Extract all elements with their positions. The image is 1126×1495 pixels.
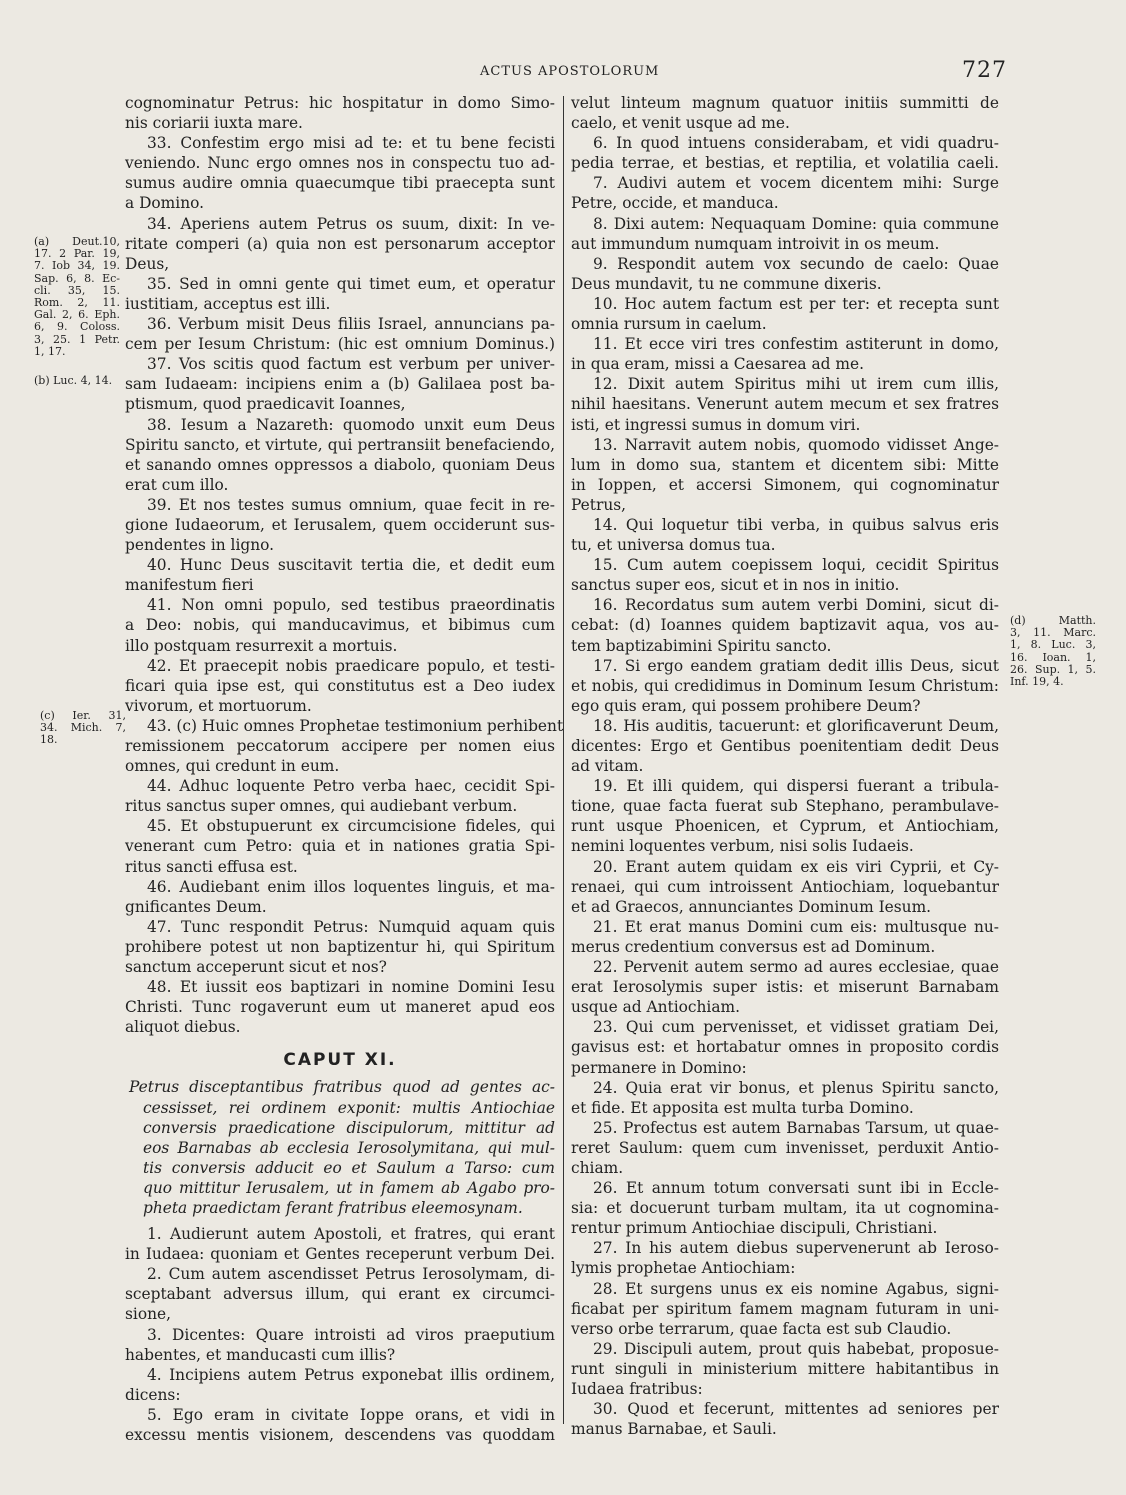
text-line: manus Barnabae, et Sauli. [571,1419,999,1439]
text-line: Deus, [125,254,555,274]
text-line: 35. Sed in omni gente qui timet eum, et … [125,274,555,294]
margin-note-a: (a) Deut.10,17. 2 Par. 19,7. Iob 34, 19.… [34,236,120,358]
text-line: dicentes: Ergo et Gentibus poenitentiam … [571,736,999,756]
text-line: omnes, qui credunt in eum. [125,756,555,776]
text-line: Petrus, [571,495,999,515]
text-line: 24. Quia erat vir bonus, et plenus Spiri… [571,1078,999,1098]
text-line: 23. Qui cum pervenisset, et vidisset gra… [571,1017,999,1037]
text-line: ritate comperi (a) quia non est personar… [125,234,555,254]
text-line: ad vitam. [571,756,999,776]
text-line: erat Ierosolymis super istis: et miserun… [571,977,999,997]
text-line: renaei, qui cum introissent Antiochiam, … [571,877,999,897]
text-line: 43. (c) Huic omnes Prophetae testimonium… [125,716,555,736]
text-line: erat cum illo. [125,475,555,495]
text-line: omnia rursum in caelum. [571,314,999,334]
text-line: in qua eram, missi a Caesarea ad me. [571,354,999,374]
text-line: 29. Discipuli autem, prout quis habebat,… [571,1339,999,1359]
margin-note-line: 7. Iob 34, 19. [34,260,120,272]
text-line: prohibere potest ut non baptizentur hi, … [125,937,555,957]
text-line: Spiritu sancto, et virtute, qui pertrans… [125,435,555,455]
margin-note-line: (b) Luc. 4, 14. [34,375,120,387]
text-line: eos Barnabas ab ecclesia Ierosolymitana,… [125,1138,555,1158]
text-line: 44. Adhuc loquente Petro verba haec, cec… [125,776,555,796]
text-line: 21. Et erat manus Domini cum eis: multus… [571,917,999,937]
text-line: 25. Profectus est autem Barnabas Tarsum,… [571,1118,999,1138]
text-line: chiam. [571,1158,999,1178]
text-line: Petre, occide, et manduca. [571,193,999,213]
margin-note-d: (d) Matth.3, 11. Marc.1, 8. Luc. 3,16. I… [1010,615,1096,688]
text-line: nihil haesitans. Venerunt autem mecum et… [571,394,999,414]
text-line: tem baptizabimini Spiritu sancto. [571,636,999,656]
text-line: gavisus est: et hortabatur omnes in prop… [571,1037,999,1057]
text-line: 5. Ego eram in civitate Ioppe orans, et … [125,1405,555,1425]
text-line: 13. Narravit autem nobis, quomodo vidiss… [571,435,999,455]
text-line: cebat: (d) Ioannes quidem baptizavit aqu… [571,615,999,635]
text-line: manifestum fieri [125,575,555,595]
text-line: 47. Tunc respondit Petrus: Numquid aquam… [125,917,555,937]
text-line: 28. Et surgens unus ex eis nomine Agabus… [571,1279,999,1299]
text-line: 45. Et obstupuerunt ex circumcisione fid… [125,816,555,836]
text-line: 17. Si ergo eandem gratiam dedit illis D… [571,656,999,676]
text-line: Petrus disceptantibus fratribus quod ad … [125,1077,555,1097]
text-line: gione Iudaeorum, et Ierusalem, quem occi… [125,515,555,535]
text-line: remissionem peccatorum accipere per nome… [125,736,555,756]
text-line: dicens: [125,1385,555,1405]
text-line: 1. Audierunt autem Apostoli, et fratres,… [125,1224,555,1244]
text-line: sanctum acceperunt sicut et nos? [125,957,555,977]
text-line: ficari quia ipse est, qui constitutus es… [125,676,555,696]
text-line: 10. Hoc autem factum est per ter: et rec… [571,294,999,314]
text-line: 3. Dicentes: Quare introisti ad viros pr… [125,1325,555,1345]
text-line: ritus sanctus super omnes, qui audiebant… [125,796,555,816]
text-line: 33. Confestim ergo misi ad te: et tu ben… [125,133,555,153]
margin-note-line: Inf. 19, 4. [1010,676,1096,688]
text-line: aut immundum numquam introivit in os meu… [571,234,999,254]
text-line: in Iudaea: quoniam et Gentes receperunt … [125,1244,555,1264]
text-line: et fide. Et apposita est multa turba Dom… [571,1098,999,1118]
text-line: 48. Et iussit eos baptizari in nomine Do… [125,977,555,997]
left-column-text-acts-11: 1. Audierunt autem Apostoli, et fratres,… [125,1224,555,1445]
text-line: permanere in Domino: [571,1058,999,1078]
text-line: 8. Dixi autem: Nequaquam Domine: quia co… [571,214,999,234]
text-line: pheta praedictam ferant fratribus eleemo… [125,1198,555,1218]
text-line: nemini loquentes verbum, nisi solis Iuda… [571,836,999,856]
margin-note-line: 1, 17. [34,346,120,358]
text-line: rentur primum Antiochiae discipuli, Chri… [571,1218,999,1238]
text-line: sanctus super eos, sicut et in nos in in… [571,575,999,595]
text-line: veniendo. Nunc ergo omnes nos in conspec… [125,153,555,173]
text-line: aliquot diebus. [125,1017,555,1037]
text-line: usque ad Antiochiam. [571,997,999,1017]
text-line: ficabat per spiritum famem magnam futura… [571,1299,999,1319]
text-line: 2. Cum autem ascendisset Petrus Ierosoly… [125,1264,555,1284]
text-line: in Ioppen, et accersi Simonem, qui cogno… [571,475,999,495]
text-line: 14. Qui loquetur tibi verba, in quibus s… [571,515,999,535]
text-line: 39. Et nos testes sumus omnium, quae fec… [125,495,555,515]
text-line: venerant cum Petro: quia et in nationes … [125,836,555,856]
margin-note-b: (b) Luc. 4, 14. [34,375,120,387]
text-line: cessisset, rei ordinem exponit: multis A… [125,1098,555,1118]
text-line: Iudaea fratribus: [571,1379,999,1399]
text-line: tis conversis adducit eo et Saulum a Tar… [125,1158,555,1178]
margin-note-line: Sap. 6, 8. Ec- [34,273,120,285]
text-line: pedia terrae, et bestias, et reptilia, e… [571,153,999,173]
text-line: 26. Et annum totum conversati sunt ibi i… [571,1178,999,1198]
text-line: gnificantes Deum. [125,897,555,917]
left-column: cognominatur Petrus: hic hospitatur in d… [125,93,555,1445]
text-line: 18. His auditis, tacuerunt: et glorifica… [571,716,999,736]
text-line: a Deo: nobis, qui manducavimus, et bibim… [125,615,555,635]
text-line: ptismum, quod praedicavit Ioannes, [125,394,555,414]
text-line: quo mittitur Ierusalem, ut in famem ab A… [125,1178,555,1198]
text-line: pendentes in ligno. [125,535,555,555]
text-line: 42. Et praecepit nobis praedicare populo… [125,656,555,676]
text-line: 12. Dixit autem Spiritus mihi ut irem cu… [571,374,999,394]
text-line: 41. Non omni populo, sed testibus praeor… [125,595,555,615]
text-line: 36. Verbum misit Deus filiis Israel, ann… [125,314,555,334]
text-line: 6. In quod intuens considerabam, et vidi… [571,133,999,153]
margin-note-line: 6, 9. Coloss. [34,321,120,333]
text-line: velut linteum magnum quatuor initiis sum… [571,93,999,113]
page-number: 727 [962,58,1007,83]
text-line: isti, et ingressi sumus in domum viri. [571,415,999,435]
left-column-text-acts-10: cognominatur Petrus: hic hospitatur in d… [125,93,555,1037]
text-line: sia: et docuerunt turbam multam, ita ut … [571,1198,999,1218]
text-line: a Domino. [125,193,555,213]
text-line: Deus mundavit, tu ne commune dixeris. [571,274,999,294]
text-line: reret Saulum: quem cum invenisset, perdu… [571,1138,999,1158]
text-line: 19. Et illi quidem, qui dispersi fuerant… [571,776,999,796]
text-line: 7. Audivi autem et vocem dicentem mihi: … [571,173,999,193]
text-line: sumus audire omnia quaecumque tibi praec… [125,173,555,193]
text-line: iustitiam, acceptus est illi. [125,294,555,314]
text-line: runt usque Phoenicen, et Cyprum, et Anti… [571,816,999,836]
text-line: merus credentium conversus est ad Dominu… [571,937,999,957]
text-line: cem per Iesum Christum: (hic est omnium … [125,334,555,354]
margin-note-line: 18. [40,734,126,746]
text-line: sceptabant adversus illum, qui erant ex … [125,1284,555,1304]
text-line: verso orbe terrarum, quae facta est sub … [571,1319,999,1339]
text-line: sione, [125,1304,555,1324]
text-line: cognominatur Petrus: hic hospitatur in d… [125,93,555,113]
chapter-heading: CAPUT XI. [125,1043,555,1073]
text-line: et sanando omnes oppressos a diabolo, qu… [125,455,555,475]
text-line: vivorum, et mortuorum. [125,696,555,716]
text-line: sam Iudaeam: incipiens enim a (b) Galila… [125,374,555,394]
chapter-summary: Petrus disceptantibus fratribus quod ad … [125,1077,555,1218]
column-divider [563,96,564,1424]
text-line: 15. Cum autem coepissem loqui, cecidit S… [571,555,999,575]
text-line: 38. Iesum a Nazareth: quomodo unxit eum … [125,415,555,435]
text-line: et nobis, qui credidimus in Dominum Iesu… [571,676,999,696]
text-line: habentes, et manducasti cum illis? [125,1345,555,1365]
text-line: nis coriarii iuxta mare. [125,113,555,133]
right-column: velut linteum magnum quatuor initiis sum… [571,93,999,1439]
margin-note-line: 1, 8. Luc. 3, [1010,639,1096,651]
text-line: 30. Quod et fecerunt, mittentes ad senio… [571,1399,999,1419]
text-line: 11. Et ecce viri tres confestim astiteru… [571,334,999,354]
text-line: 9. Respondit autem vox secundo de caelo:… [571,254,999,274]
text-line: 46. Audiebant enim illos loquentes lingu… [125,877,555,897]
text-line: Christi. Tunc rogaverunt eum ut maneret … [125,997,555,1017]
margin-note-line: 3, 25. 1 Petr. [34,334,120,346]
text-line: 27. In his autem diebus supervenerunt ab… [571,1238,999,1258]
text-line: ego quis eram, qui possem prohibere Deum… [571,696,999,716]
text-line: ritus sancti effusa est. [125,857,555,877]
right-column-text: velut linteum magnum quatuor initiis sum… [571,93,999,1439]
text-line: 40. Hunc Deus suscitavit tertia die, et … [125,555,555,575]
text-line: illo postquam resurrexit a mortuis. [125,636,555,656]
text-line: 22. Pervenit autem sermo ad aures eccles… [571,957,999,977]
margin-note-c: (c) Ier. 31,34. Mich. 7,18. [40,710,126,747]
text-line: excessu mentis visionem, descendens vas … [125,1425,555,1445]
text-line: runt singuli in ministerium mittere habi… [571,1359,999,1379]
running-title: ACTUS APOSTOLORUM [480,64,659,79]
text-line: lymis prophetae Antiochiam: [571,1258,999,1278]
text-line: lum in domo sua, stantem et dicentem sib… [571,455,999,475]
text-line: 37. Vos scitis quod factum est verbum pe… [125,354,555,374]
text-line: 16. Recordatus sum autem verbi Domini, s… [571,595,999,615]
text-line: et ad Graecos, annunciantes Dominum Iesu… [571,897,999,917]
text-line: 4. Incipiens autem Petrus exponebat illi… [125,1365,555,1385]
text-line: 34. Aperiens autem Petrus os suum, dixit… [125,214,555,234]
book-page: ACTUS APOSTOLORUM 727 cognominatur Petru… [0,0,1126,1495]
text-line: caelo, et venit usque ad me. [571,113,999,133]
text-line: tione, quae facta fuerat sub Stephano, p… [571,796,999,816]
text-line: 20. Erant autem quidam ex eis viri Cypri… [571,857,999,877]
margin-note-line: 16. Ioan. 1, [1010,652,1096,664]
text-line: conversis praedicatione discipulorum, mi… [125,1118,555,1138]
text-line: tu, et universa domus tua. [571,535,999,555]
